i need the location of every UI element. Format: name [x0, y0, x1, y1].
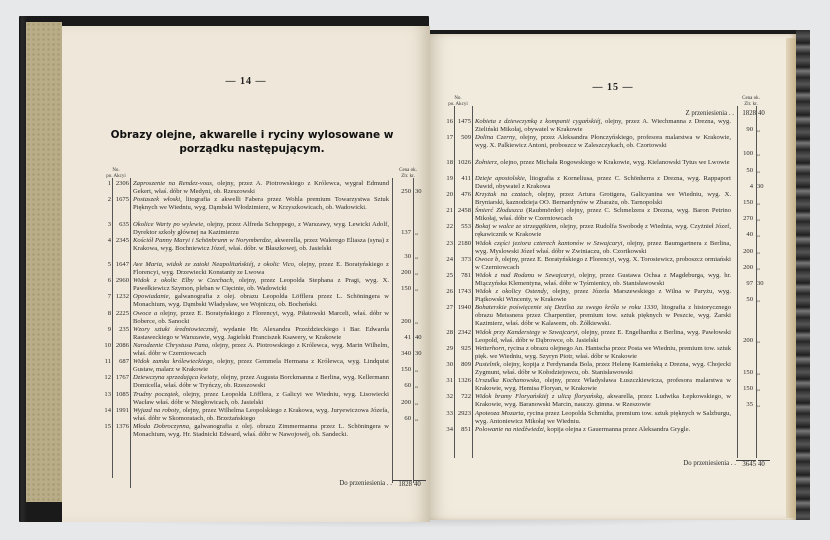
price-kr: „ — [415, 253, 425, 261]
price-zlr: 270 — [734, 215, 753, 223]
price-zlr: 137 — [392, 229, 411, 237]
share-number: 1940 — [454, 304, 471, 312]
price-zlr: 60 — [392, 415, 411, 423]
artwork-title: Narodzenie Chrystusa Pana — [133, 342, 208, 349]
share-number: 2306 — [112, 180, 129, 188]
price-zlr: 340 — [392, 350, 411, 358]
share-number: 1232 — [112, 293, 129, 301]
price-kr: „ — [757, 126, 767, 134]
price-zlr: 200 — [392, 318, 411, 326]
price-kr: „ — [415, 382, 425, 390]
artwork-title: Pustelnik — [475, 361, 500, 368]
share-number: 2342 — [454, 329, 471, 337]
col-header-akcyi-label: po. Akcyi — [444, 102, 472, 108]
price-zlr: 30 — [392, 253, 411, 261]
entry-description: Dziewczyna sprzedająca kwiaty, olejny, p… — [133, 374, 389, 390]
entry-number: 28 — [444, 329, 453, 337]
entry-description: Pustelnik, olejny, kopija z Ferdynanda B… — [475, 361, 731, 377]
artwork-title: Trudny początek — [133, 391, 178, 398]
share-number: 925 — [454, 345, 471, 353]
share-number: 1767 — [112, 374, 129, 382]
entry-number: 29 — [444, 345, 453, 353]
page-title: Obrazy olejne, akwarelle i ryciny wyloso… — [82, 128, 422, 156]
price-zlr: 200 — [392, 269, 411, 277]
entry-number: 13 — [102, 391, 111, 399]
entry-description: Widok przy Kanderstegy w Szwajcaryi, ole… — [475, 329, 731, 345]
price-kr: „ — [757, 199, 767, 207]
artwork-title: Wyjazd na roboty — [133, 407, 179, 414]
artwork-title: Postaszek włoski — [133, 196, 180, 203]
artwork-details: olejny, przez E. Boratyńskiego z Florenc… — [133, 310, 389, 325]
artwork-title: Krzyżak na czatach — [475, 191, 532, 198]
artwork-title: Polowanie na niedźwiedzi — [475, 426, 544, 433]
price-kr: 30 — [415, 188, 425, 196]
entry-description: Żołnierz, olejno, przez Michała Rogowski… — [475, 159, 731, 167]
price-zlr: 150 — [392, 285, 411, 293]
artwork-details: , olejny, przez E. Boratyńskiego z Flore… — [475, 256, 731, 271]
entry-number: 5 — [102, 261, 111, 269]
col-header-akcyi-label: po. Akcyi — [102, 174, 130, 180]
entry-number: 8 — [102, 310, 111, 318]
price-kr: „ — [757, 231, 767, 239]
right-page: — 15 — No. po. Akcyi Cena ok. Zlr. kr. Z… — [430, 34, 796, 520]
price-kr: 30 — [757, 183, 767, 191]
price-zlr: 200 — [392, 399, 411, 407]
artwork-title: Kościół Panny Maryi i Schönbrunn w Norym… — [133, 237, 271, 244]
artwork-title: Widok z nad Rodanu w Szwajcaryi — [475, 272, 574, 279]
share-number: 1326 — [454, 377, 471, 385]
entry-description: Dolina Czerny, olejny, przez Aleksandra … — [475, 134, 731, 150]
price-zlr: 4 — [734, 183, 753, 191]
entry-description: Polowanie na niedźwiedzi, kopija olejna … — [475, 426, 731, 434]
artwork-details: , galwanografia z olej. obrazu Leopolda … — [133, 293, 389, 308]
artwork-title: Apoteoza Mozarta — [475, 410, 524, 417]
artwork-title: Owoce b — [475, 256, 498, 263]
share-number: 2458 — [454, 207, 471, 215]
price-zlr: 41 — [392, 334, 411, 342]
artwork-title: Zaproszenie na Rendez-vous — [133, 180, 212, 187]
entry-description: Widok bramy Floryańskiéj z ulicą floryań… — [475, 393, 731, 409]
share-number: 2225 — [112, 310, 129, 318]
artwork-title: Widok bramy Floryańskiéj z ulicą floryań… — [475, 393, 602, 400]
carry-forward-value: 1828 — [392, 480, 412, 489]
entry-number: 34 — [444, 426, 453, 434]
artwork-title: Dziewczyna sprzedająca kwiaty — [133, 374, 217, 381]
entry-number: 11 — [102, 358, 111, 366]
col-header-no: No. po. Akcyi — [444, 96, 472, 107]
price-zlr: 200 — [734, 264, 753, 272]
entry-description: Widok z okolicy Ostendy, olejny, przez J… — [475, 288, 731, 304]
artwork-title: Widok zamku królewieckiego — [133, 358, 212, 365]
page-number: — 15 — — [430, 82, 796, 93]
share-number: 476 — [454, 191, 471, 199]
price-zlr: 60 — [392, 382, 411, 390]
price-zlr: 250 — [392, 188, 411, 196]
entry-description: Dzieje apostolskie, litografia z Korneli… — [475, 175, 731, 191]
share-number: 809 — [454, 361, 471, 369]
entry-number: 12 — [102, 374, 111, 382]
price-kr: „ — [757, 385, 767, 393]
artwork-title: Żołnierz — [475, 159, 497, 166]
share-number: 1675 — [112, 196, 129, 204]
entry-description: Narodzenie Chrystusa Pana, olejny, przez… — [133, 342, 389, 358]
left-page: — 14 — Obrazy olejne, akwarelle i ryciny… — [62, 26, 430, 522]
share-number: 1475 — [454, 118, 471, 126]
entry-number: 25 — [444, 272, 453, 280]
entry-number: 3 — [102, 221, 111, 229]
page-fore-edge — [786, 38, 796, 518]
artwork-title: Wetterhorn — [475, 345, 504, 352]
share-number: 781 — [454, 272, 471, 280]
entry-number: 33 — [444, 410, 453, 418]
price-kr: „ — [757, 296, 767, 304]
entry-description: Krzyżak na czatach, olejny, przez Artura… — [475, 191, 731, 207]
share-number: 235 — [112, 326, 129, 334]
share-number: 2960 — [112, 277, 129, 285]
pastedown-endpaper — [26, 22, 62, 502]
column-rule — [472, 106, 473, 458]
column-rule — [130, 178, 131, 488]
price-zlr: 150 — [734, 199, 753, 207]
entry-description: Bohaterskie poświęcenie się Dezilsa za s… — [475, 304, 731, 328]
price-kr: „ — [757, 248, 767, 256]
artwork-title: Wzory sztuki średniowiecznéj — [133, 326, 217, 333]
price-zlr: 50 — [734, 167, 753, 175]
artwork-title: Kobieta z dziewczynką z kompanii cygańsk… — [475, 118, 601, 125]
artwork-title: Opowiadanie — [133, 293, 169, 300]
share-number: 722 — [454, 393, 471, 401]
share-number: 1743 — [454, 288, 471, 296]
entry-description: Trudny początek, olejny, przez Leopolda … — [133, 391, 389, 407]
carried-forward-value: 1828 — [736, 110, 756, 118]
entry-number: 6 — [102, 277, 111, 285]
price-zlr: 200 — [734, 248, 753, 256]
marbled-edge — [796, 30, 810, 520]
artwork-title: Ave Maria, widok ze zatoki Neapolitański… — [133, 261, 294, 268]
share-number: 1647 — [112, 261, 129, 269]
price-kr: „ — [415, 285, 425, 293]
share-number: 553 — [454, 223, 471, 231]
price-kr: „ — [415, 269, 425, 277]
entry-description: Wyjazd na roboty, olejny, przez Wilhelma… — [133, 407, 389, 423]
entry-description: Widok z nad Rodanu w Szwajcaryi, olejny,… — [475, 272, 731, 288]
carry-forward-value: 3645 — [736, 460, 756, 469]
entry-description: Opowiadanie, galwanografia z olej. obraz… — [133, 293, 389, 309]
entry-number: 19 — [444, 175, 453, 183]
price-kr: 40 — [415, 334, 425, 342]
price-kr: 30 — [757, 280, 767, 288]
entry-description: Ave Maria, widok ze zatoki Neapolitański… — [133, 261, 389, 277]
artwork-details: , olejny, kopija z Ferdynanda Bola, prze… — [475, 361, 731, 376]
price-kr: „ — [415, 366, 425, 374]
col-header-price: Cena ok. Zlr. kr. — [734, 96, 768, 107]
entry-number: 1 — [102, 180, 111, 188]
price-kr: „ — [757, 401, 767, 409]
entry-number: 15 — [102, 423, 111, 431]
artwork-title: Urszulka Kochanowska — [475, 377, 539, 384]
entry-description: Młoda Dobroczynna, galwanografia z olej.… — [133, 423, 389, 439]
price-kr: „ — [757, 337, 767, 345]
artwork-title: Okolice Warty po wylewie — [133, 221, 203, 228]
col-header-zlr-label: Zlr. kr. — [392, 174, 424, 180]
share-number: 373 — [454, 256, 471, 264]
entry-number: 18 — [444, 159, 453, 167]
price-kr: „ — [757, 369, 767, 377]
share-number: 2180 — [454, 240, 471, 248]
entry-number: 24 — [444, 256, 453, 264]
share-number: 635 — [112, 221, 129, 229]
entry-description: Owoce a olejny, przez E. Boratyńskiego z… — [133, 310, 389, 326]
artwork-details: , rycina z obrazu olejnego An. Hantscha … — [475, 345, 731, 360]
price-zlr: 90 — [734, 126, 753, 134]
carry-forward-kr: 40 — [414, 480, 426, 489]
entry-description: Okolice Warty po wylewie, olejny, przez … — [133, 221, 389, 237]
entry-number: 16 — [444, 118, 453, 126]
entry-number: 10 — [102, 342, 111, 350]
entry-number: 9 — [102, 326, 111, 334]
share-number: 411 — [454, 175, 471, 183]
col-header-zlr-label: Zlr. kr. — [734, 102, 768, 108]
price-zlr: 50 — [734, 296, 753, 304]
carried-forward-kr: 40 — [758, 110, 770, 118]
price-kr: „ — [757, 264, 767, 272]
carry-forward-kr: 40 — [758, 460, 770, 469]
entry-description: Postaszek włoski, litografia z akwelli F… — [133, 196, 389, 212]
col-header-no: No. po. Akcyi — [102, 168, 130, 179]
entry-description: Kościół Panny Maryi i Schönbrunn w Norym… — [133, 237, 389, 253]
price-zlr: 40 — [734, 231, 753, 239]
artwork-title: Młoda Dobroczynna — [133, 423, 189, 430]
entry-number: 20 — [444, 191, 453, 199]
listing-table: No. po. Akcyi Cena ok. Zlr. kr. Z przeni… — [444, 96, 774, 496]
entry-number: 30 — [444, 361, 453, 369]
entry-number: 27 — [444, 304, 453, 312]
share-number: 1085 — [112, 391, 129, 399]
share-number: 687 — [112, 358, 129, 366]
entry-description: Widok z okolic Elby w Czechach, olejny, … — [133, 277, 389, 293]
price-kr: „ — [415, 229, 425, 237]
price-zlr: 200 — [734, 337, 753, 345]
price-zlr: 97 — [734, 280, 753, 288]
entry-description: Owoce b, olejny, przez E. Boratyńskiego … — [475, 256, 731, 272]
price-kr: „ — [415, 415, 425, 423]
artwork-title: Bokaj w walce ze strzegątkiem — [475, 223, 556, 230]
artwork-title: Dzieje apostolskie — [475, 175, 525, 182]
price-kr: „ — [415, 399, 425, 407]
carried-forward-label: Z przeniesienia . . — [564, 110, 734, 118]
entry-description: Urszulka Kochanowska, olejny, przez Wład… — [475, 377, 731, 393]
column-rule — [392, 178, 393, 483]
entry-number: 21 — [444, 207, 453, 215]
artwork-title: Widok przy Kanderstegy w Szwajcaryi — [475, 329, 578, 336]
entry-description: Śmierć Złoduszca (Raubmörder) olejny, pr… — [475, 207, 731, 223]
artwork-details: , olejno, przez Michała Rogowskiego w Kr… — [497, 159, 730, 166]
price-kr: „ — [757, 215, 767, 223]
share-number: 509 — [454, 134, 471, 142]
share-number: 851 — [454, 426, 471, 434]
artwork-title: Widok z okolic Elby w Czechach — [133, 277, 233, 284]
entry-number: 14 — [102, 407, 111, 415]
entry-description: Widok części jeziora czterech kantonów w… — [475, 240, 731, 256]
entry-number: 4 — [102, 237, 111, 245]
entry-description: Wzory sztuki średniowiecznéj, wydanie Hr… — [133, 326, 389, 342]
entry-description: Bokaj w walce ze strzegątkiem, olejny, p… — [475, 223, 731, 239]
entry-number: 32 — [444, 393, 453, 401]
price-zlr: 100 — [734, 150, 753, 158]
share-number: 1026 — [454, 159, 471, 167]
entry-description: Zaproszenie na Rendez-vous, olejny, prze… — [133, 180, 389, 196]
artwork-title: Śmierć Złoduszca — [475, 207, 523, 214]
share-number: 1376 — [112, 423, 129, 431]
entry-number: 7 — [102, 293, 111, 301]
artwork-title: Widok części jeziora czterech kantonów w… — [475, 240, 623, 247]
entry-description: Widok zamku królewieckiego, olejny, prze… — [133, 358, 389, 374]
artwork-details: , kopija olejna z Gauermanna przez Aleks… — [544, 426, 690, 433]
col-header-price: Cena ok. Zlr. kr. — [392, 168, 424, 179]
price-kr: 30 — [415, 350, 425, 358]
entry-number: 2 — [102, 196, 111, 204]
page-number: — 14 — — [62, 76, 430, 87]
share-number: 2923 — [454, 410, 471, 418]
listing-table: No. po. Akcyi Cena ok. Zlr. kr. 12306Zap… — [102, 168, 428, 508]
price-zlr: 150 — [734, 369, 753, 377]
column-rule — [413, 178, 414, 483]
entry-number: 31 — [444, 377, 453, 385]
artwork-title: Widok z okolicy Ostendy — [475, 288, 547, 295]
artwork-title: Bohaterskie poświęcenie się Dezilsa za s… — [475, 304, 657, 311]
price-zlr: 150 — [734, 385, 753, 393]
price-kr: „ — [415, 318, 425, 326]
entry-number: 26 — [444, 288, 453, 296]
entry-description: Wetterhorn, rycina z obrazu olejnego An.… — [475, 345, 731, 361]
price-zlr: 35 — [734, 401, 753, 409]
share-number: 1991 — [112, 407, 129, 415]
artwork-title: Owoce a — [133, 310, 157, 317]
share-number: 2345 — [112, 237, 129, 245]
carry-forward-label: Do przeniesienia . . — [564, 460, 736, 468]
entry-number: 23 — [444, 240, 453, 248]
price-kr: „ — [757, 167, 767, 175]
artwork-title: Dolina Czerny — [475, 134, 515, 141]
price-kr: „ — [757, 150, 767, 158]
carry-forward-label: Do przeniesienia . . — [222, 480, 392, 488]
entry-number: 22 — [444, 223, 453, 231]
entry-description: Kobieta z dziewczynką z kompanii cygańsk… — [475, 118, 731, 134]
entry-description: Apoteoza Mozarta, rycina przez Leopolda … — [475, 410, 731, 426]
price-zlr: 150 — [392, 366, 411, 374]
entry-number: 17 — [444, 134, 453, 142]
share-number: 2086 — [112, 342, 129, 350]
